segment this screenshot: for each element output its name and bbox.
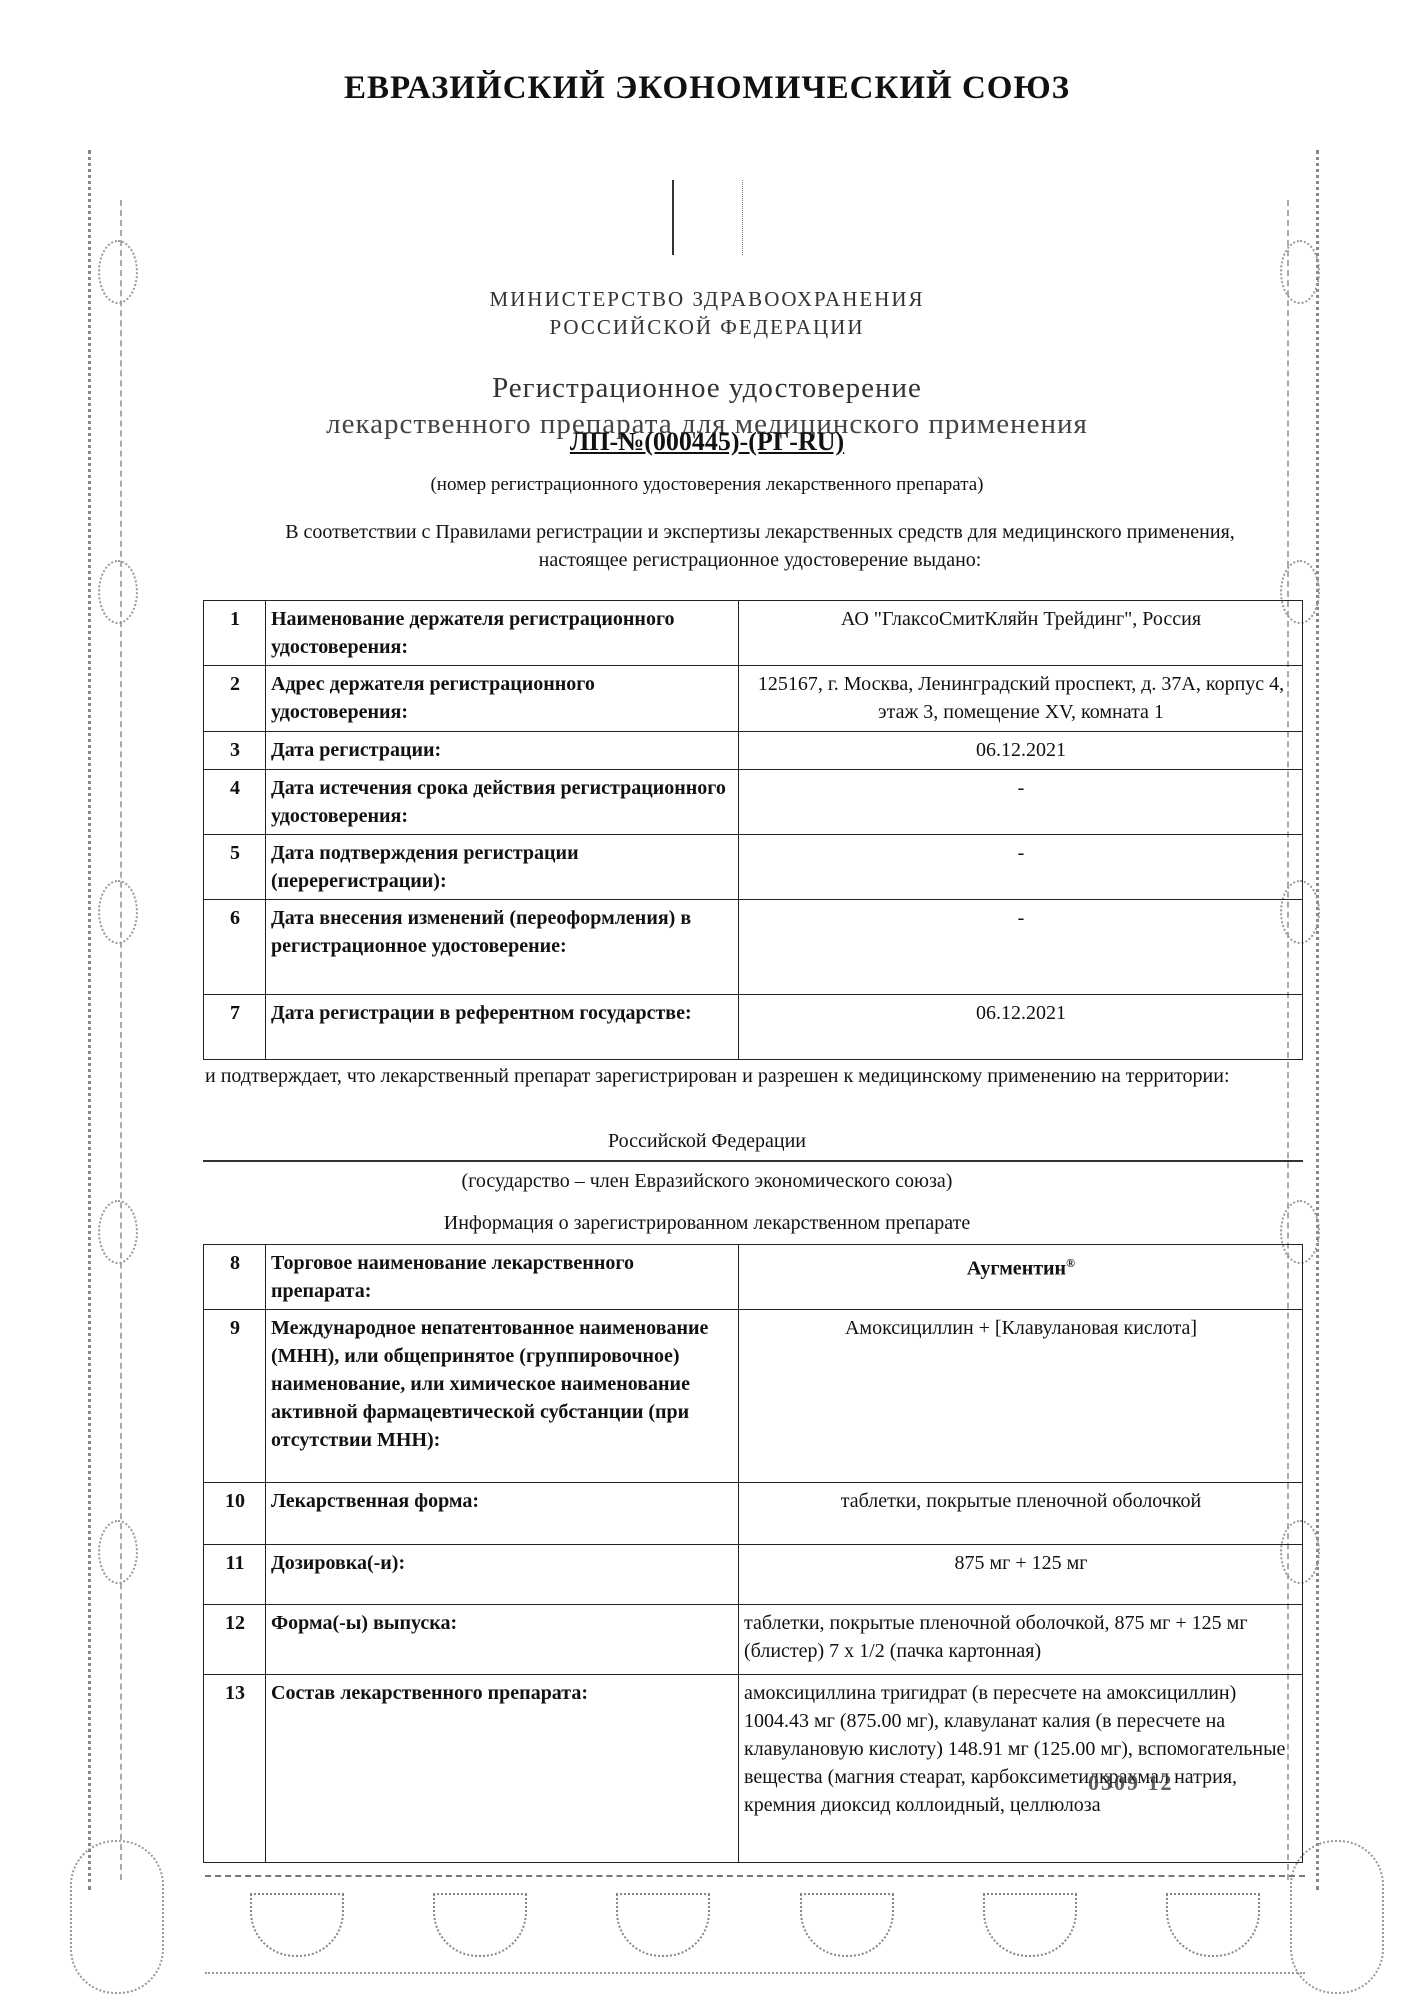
table-row: 10Лекарственная форма:таблетки, покрытые… — [204, 1483, 1303, 1545]
row-number: 12 — [204, 1605, 266, 1675]
row-number: 2 — [204, 666, 266, 732]
row-label: Торговое наименование лекарственного пре… — [266, 1245, 739, 1310]
row-value-text: - — [1018, 842, 1025, 864]
product-info-heading: Информация о зарегистрированном лекарств… — [0, 1212, 1414, 1235]
holder-info-table: 1Наименование держателя регистрационного… — [203, 600, 1303, 1060]
row-number: 6 — [204, 900, 266, 995]
row-value-text: - — [1018, 777, 1025, 799]
ornamental-bottom-band — [205, 1875, 1305, 1974]
table-row: 6Дата внесения изменений (переоформления… — [204, 900, 1303, 995]
row-number: 1 — [204, 601, 266, 666]
row-label: Дата внесения изменений (переоформления)… — [266, 900, 739, 995]
ornament-icon — [1166, 1893, 1260, 1957]
row-value: 06.12.2021 — [739, 732, 1303, 770]
row-label: Дозировка(-и): — [266, 1545, 739, 1605]
row-value: - — [739, 900, 1303, 995]
union-title: ЕВРАЗИЙСКИЙ ЭКОНОМИЧЕСКИЙ СОЮЗ — [0, 70, 1414, 107]
row-value-text: АО "ГлаксоСмитКляйн Трейдинг", Россия — [841, 608, 1201, 630]
registration-number-caption: (номер регистрационного удостоверения ле… — [0, 474, 1414, 496]
row-label: Дата истечения срока действия регистраци… — [266, 770, 739, 835]
row-label: Форма(-ы) выпуска: — [266, 1605, 739, 1675]
row-label: Дата регистрации: — [266, 732, 739, 770]
row-value: 06.12.2021 — [739, 995, 1303, 1060]
confirmation-text: и подтверждает, что лекарственный препар… — [205, 1062, 1305, 1090]
row-value: - — [739, 770, 1303, 835]
row-value-text: Амоксициллин + [Клавулановая кислота] — [845, 1317, 1197, 1339]
row-number: 11 — [204, 1545, 266, 1605]
row-value-text: таблетки, покрытые пленочной оболочкой — [841, 1490, 1202, 1512]
ornament-icon — [98, 880, 138, 944]
row-value: 875 мг + 125 мг — [739, 1545, 1303, 1605]
row-value-text: - — [1018, 907, 1025, 929]
row-label: Лекарственная форма: — [266, 1483, 739, 1545]
row-label: Дата подтверждения регистрации (перереги… — [266, 835, 739, 900]
table-row: 5Дата подтверждения регистрации (перерег… — [204, 835, 1303, 900]
decorative-line — [742, 180, 744, 255]
ornament-icon — [98, 560, 138, 624]
row-value-text: 875 мг + 125 мг — [955, 1552, 1088, 1574]
row-number: 8 — [204, 1245, 266, 1310]
registration-number: ЛП-№(000445)-(РГ-RU) — [0, 427, 1414, 457]
table-row: 4Дата истечения срока действия регистрац… — [204, 770, 1303, 835]
row-number: 4 — [204, 770, 266, 835]
row-value-text: амоксициллина тригидрат (в пересчете на … — [744, 1682, 1285, 1816]
territory-name: Российской Федерации — [0, 1130, 1414, 1153]
row-label: Адрес держателя регистрационного удостов… — [266, 666, 739, 732]
certificate-title: Регистрационное удостоверение — [0, 368, 1414, 408]
row-value: амоксициллина тригидрат (в пересчете на … — [739, 1675, 1303, 1863]
row-value: таблетки, покрытые пленочной оболочкой, … — [739, 1605, 1303, 1675]
row-value-text: таблетки, покрытые пленочной оболочкой, … — [744, 1612, 1248, 1662]
row-value: 125167, г. Москва, Ленинградский проспек… — [739, 666, 1303, 732]
table-row: 13Состав лекарственного препарата:амокси… — [204, 1675, 1303, 1863]
ornament-icon — [616, 1893, 710, 1957]
table-row: 8Торговое наименование лекарственного пр… — [204, 1245, 1303, 1310]
table-row: 3Дата регистрации:06.12.2021 — [204, 732, 1303, 770]
table-row: 9Международное непатентованное наименова… — [204, 1310, 1303, 1483]
row-label: Дата регистрации в референтном государст… — [266, 995, 739, 1060]
territory-caption: (государство – член Евразийского экономи… — [0, 1170, 1414, 1193]
row-value-text: 06.12.2021 — [976, 1002, 1066, 1024]
ornament-icon — [983, 1893, 1077, 1957]
table-row: 11Дозировка(-и):875 мг + 125 мг — [204, 1545, 1303, 1605]
ornament-icon — [800, 1893, 894, 1957]
row-value-text: 06.12.2021 — [976, 739, 1066, 761]
row-number: 7 — [204, 995, 266, 1060]
ornament-icon — [433, 1893, 527, 1957]
ministry-name: МИНИСТЕРСТВО ЗДРАВООХРАНЕНИЯ РОССИЙСКОЙ … — [0, 285, 1414, 341]
row-value: таблетки, покрытые пленочной оболочкой — [739, 1483, 1303, 1545]
row-value-text: 125167, г. Москва, Ленинградский проспек… — [758, 673, 1284, 723]
table-row: 12Форма(-ы) выпуска:таблетки, покрытые п… — [204, 1605, 1303, 1675]
row-value: - — [739, 835, 1303, 900]
row-number: 10 — [204, 1483, 266, 1545]
row-number: 9 — [204, 1310, 266, 1483]
row-number: 5 — [204, 835, 266, 900]
row-label: Состав лекарственного препарата: — [266, 1675, 739, 1863]
ornament-icon — [250, 1893, 344, 1957]
decorative-line — [672, 180, 674, 255]
intro-text: В соответствии с Правилами регистрации и… — [250, 518, 1270, 574]
table-row: 1Наименование держателя регистрационного… — [204, 601, 1303, 666]
row-value: АО "ГлаксоСмитКляйн Трейдинг", Россия — [739, 601, 1303, 666]
ornament-icon — [98, 1520, 138, 1584]
table-row: 7Дата регистрации в референтном государс… — [204, 995, 1303, 1060]
ornament-corner-icon — [70, 1840, 164, 1994]
row-number: 3 — [204, 732, 266, 770]
row-value: Аугментин® — [739, 1245, 1303, 1310]
form-serial-number: 0309 12 — [1088, 1770, 1174, 1796]
table-row: 2Адрес держателя регистрационного удосто… — [204, 666, 1303, 732]
ministry-line-1: МИНИСТЕРСТВО ЗДРАВООХРАНЕНИЯ — [0, 285, 1414, 313]
divider — [203, 1160, 1303, 1162]
registered-trademark-mark: ® — [1066, 1256, 1075, 1270]
ministry-line-2: РОССИЙСКОЙ ФЕДЕРАЦИИ — [0, 313, 1414, 341]
row-number: 13 — [204, 1675, 266, 1863]
row-label: Международное непатентованное наименован… — [266, 1310, 739, 1483]
row-value-text: Аугментин — [967, 1258, 1066, 1280]
row-label: Наименование держателя регистрационного … — [266, 601, 739, 666]
row-value: Амоксициллин + [Клавулановая кислота] — [739, 1310, 1303, 1483]
